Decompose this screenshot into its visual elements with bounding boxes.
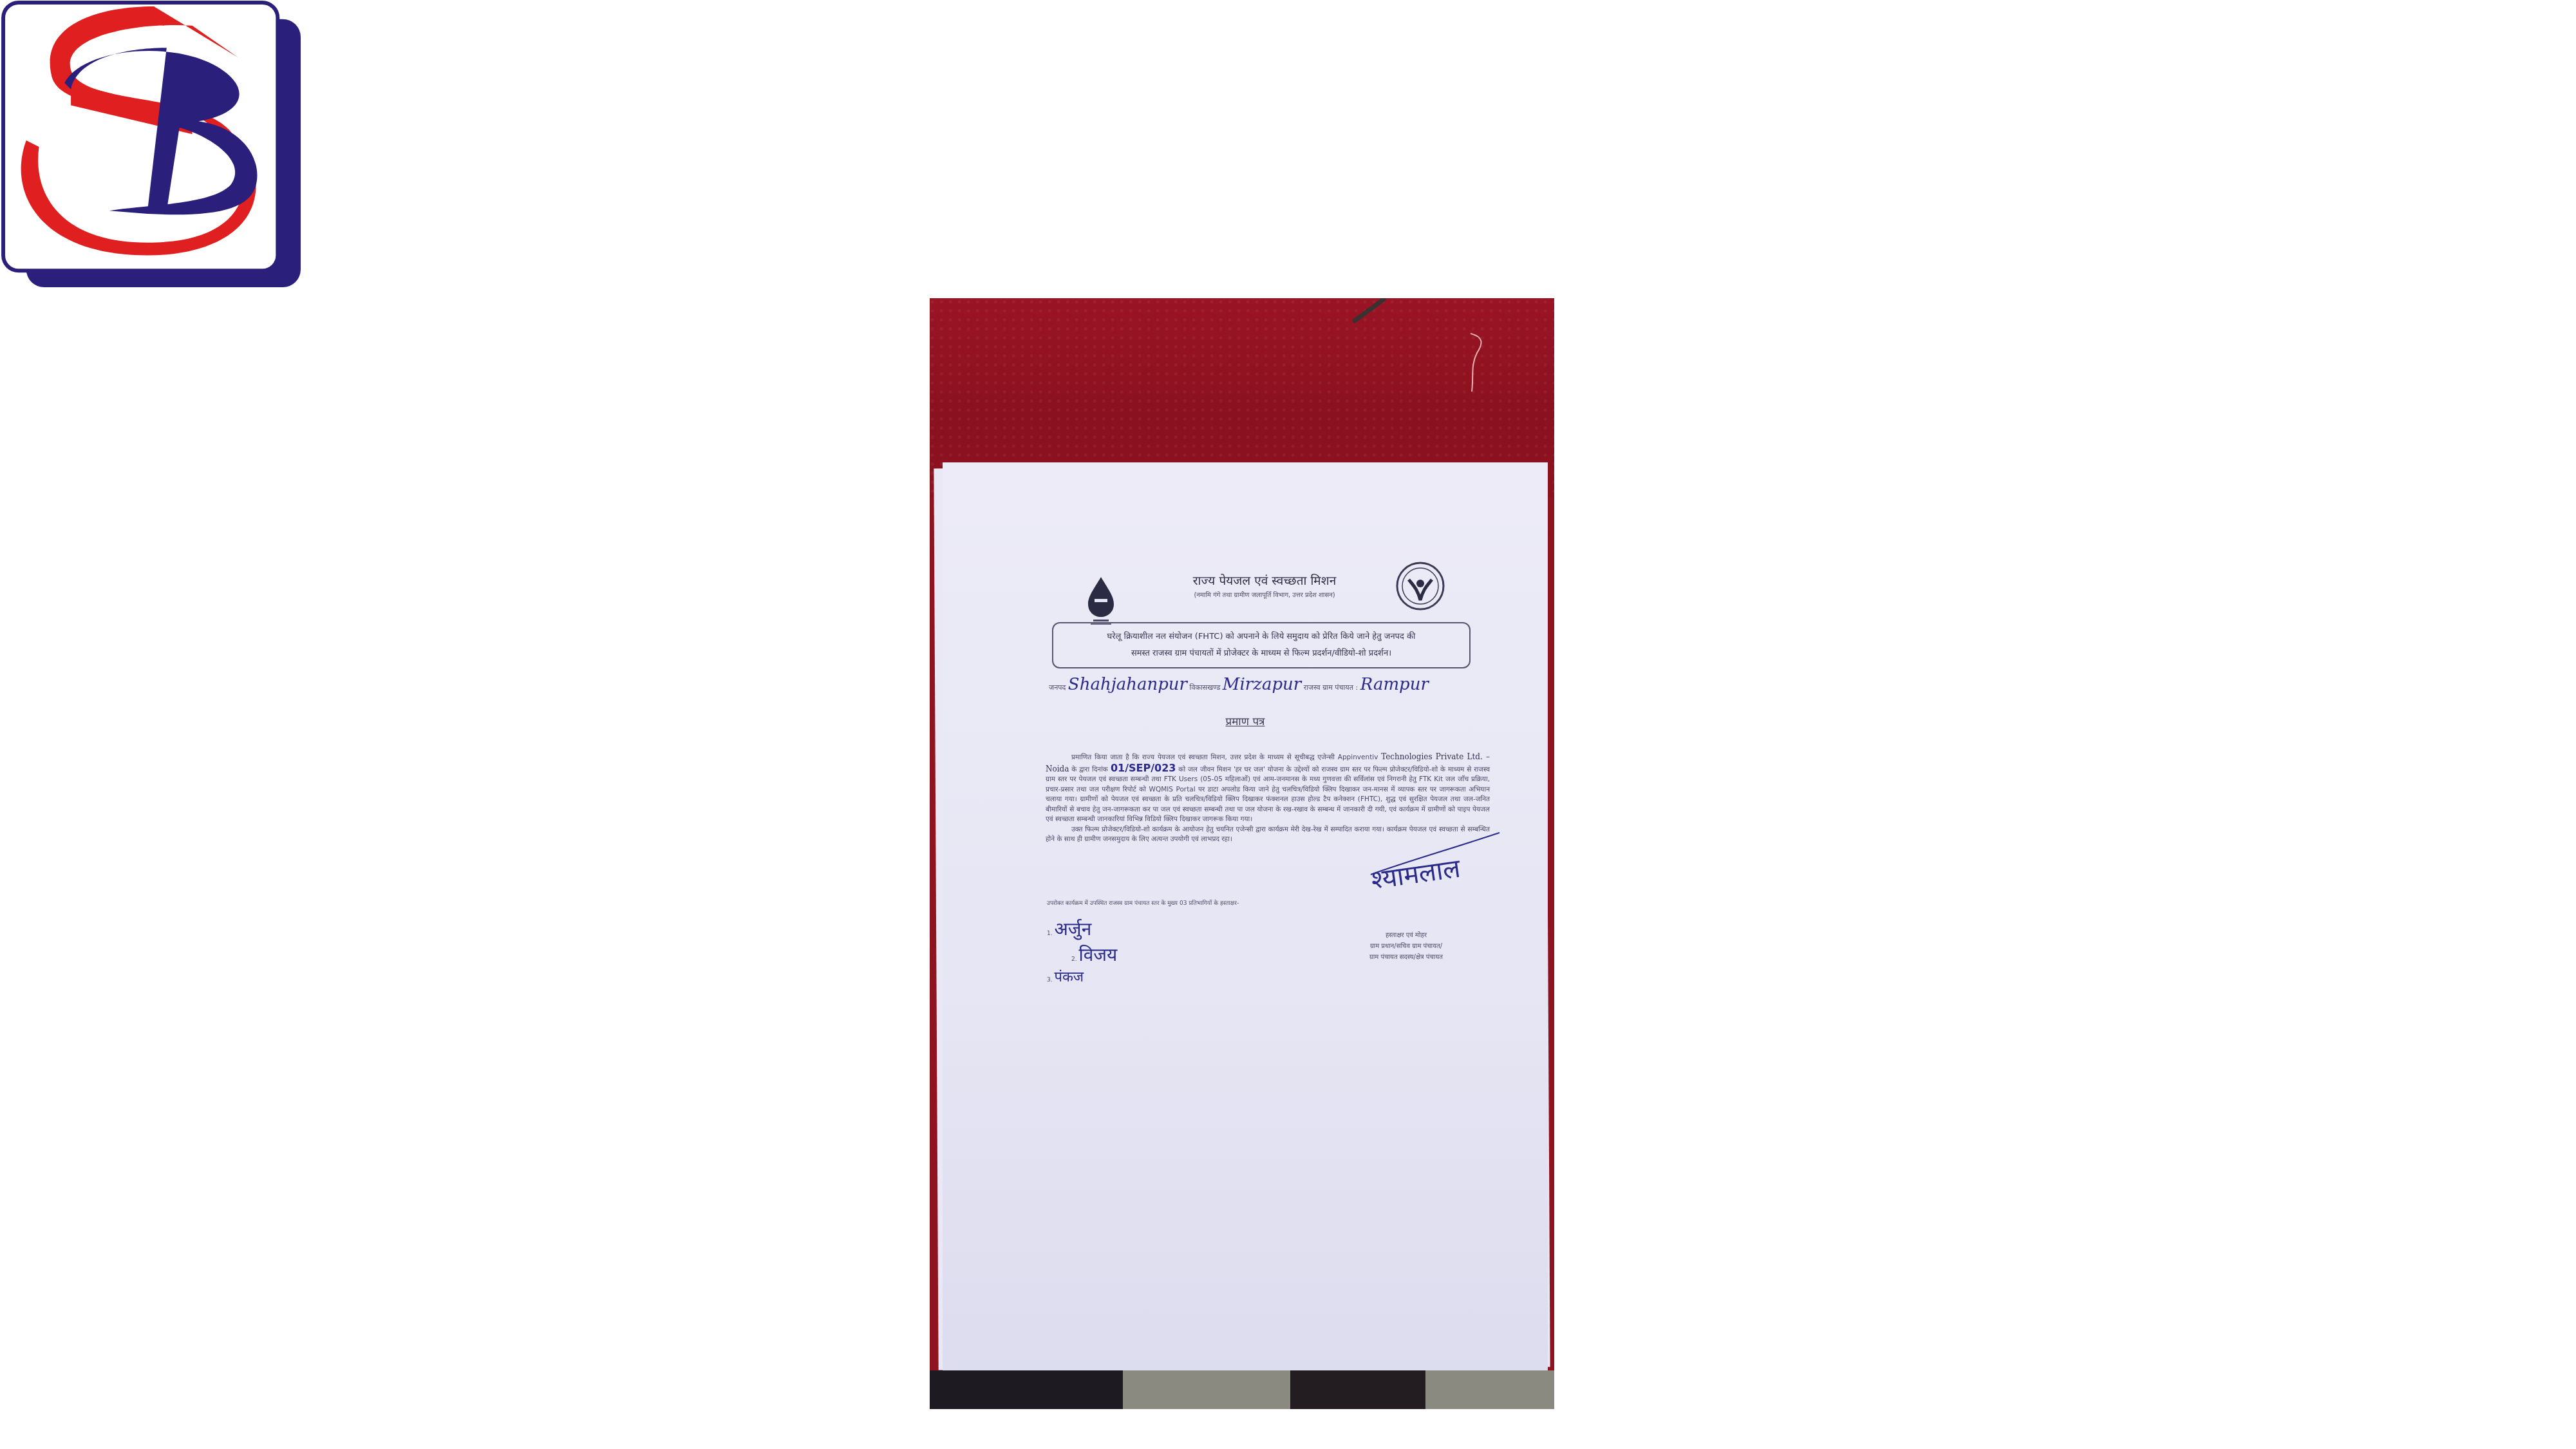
participant-signature: अर्जुन xyxy=(1054,918,1091,940)
vikaskhand-label: विकासखण्ड xyxy=(1190,683,1221,692)
participant-1: 1. अर्जुन xyxy=(1047,916,1240,941)
janpad-label: जनपद xyxy=(1049,683,1066,692)
participant-signature: विजय xyxy=(1078,944,1117,965)
stamp-block: हस्ताक्षर एवं मोहर ग्राम प्रधान/सचिव ग्र… xyxy=(1329,930,1483,963)
sb-logo xyxy=(0,0,308,294)
boxed-heading: घरेलू क्रियाशील नल संयोजन (FHTC) को अपना… xyxy=(1052,622,1471,668)
certificate-sheet: राज्य पेयजल एवं स्वच्छता मिशन (नमामि गंग… xyxy=(943,462,1548,1377)
stamp-line-3: ग्राम पंचायत सदस्य/क्षेत्र पंचायत xyxy=(1329,952,1483,963)
sb-logo-icon xyxy=(0,0,308,294)
boxed-heading-line-1: घरेलू क्रियाशील नल संयोजन (FHTC) को अपना… xyxy=(1053,629,1469,645)
water-drop-emblem-icon xyxy=(1082,574,1120,626)
participant-signature: पंकज xyxy=(1054,969,1084,985)
pen-icon xyxy=(1348,298,1387,324)
gram-panchayat-label: राजस्व ग्राम पंचायत : xyxy=(1304,683,1358,692)
vikaskhand-value: Mirzapur xyxy=(1223,675,1301,694)
body-paragraph-1-start: प्रमाणित किया जाता है कि राज्य पेयजल एवं… xyxy=(1071,753,1378,761)
gram-panchayat-value: Rampur xyxy=(1360,675,1429,694)
body-paragraph-1: प्रमाणित किया जाता है कि राज्य पेयजल एवं… xyxy=(1046,752,1490,825)
date-prefix: के द्वारा दिनांक xyxy=(1071,766,1108,773)
document-title: राज्य पेयजल एवं स्वच्छता मिशन xyxy=(1136,572,1393,589)
shoe xyxy=(930,1370,1123,1409)
participants-note: उपरोक्त कार्यक्रम में उपस्थित राजस्व ग्र… xyxy=(1047,898,1304,907)
certificate-title: प्रमाण पत्र xyxy=(943,714,1548,728)
document-subtitle: (नमामि गंगे तथा ग्रामीण जलापूर्ति विभाग,… xyxy=(1123,590,1406,599)
floor-strip xyxy=(930,1370,1554,1409)
handwritten-date: 01/SEP/023 xyxy=(1111,762,1176,774)
participant-number: 2. xyxy=(1071,956,1077,963)
boxed-heading-line-2: समस्त राजस्व ग्राम पंचायतों में प्रोजेक्… xyxy=(1053,645,1469,662)
participant-number: 3. xyxy=(1047,977,1053,983)
location-row: जनपद Shahjahanpur विकासखण्ड Mirzapur राज… xyxy=(1049,675,1500,694)
janpad-value: Shahjahanpur xyxy=(1068,675,1187,694)
thread-icon xyxy=(1464,330,1490,395)
participant-3: 3. पंकज xyxy=(1047,967,1240,986)
document-photo: राज्य पेयजल एवं स्वच्छता मिशन (नमामि गंग… xyxy=(930,298,1554,1409)
participant-number: 1. xyxy=(1047,931,1053,937)
stamp-line-1: हस्ताक्षर एवं मोहर xyxy=(1329,930,1483,941)
up-government-seal-icon xyxy=(1395,560,1446,612)
stamp-line-2: ग्राम प्रधान/सचिव ग्राम पंचायत/ xyxy=(1329,941,1483,952)
shoe xyxy=(1290,1370,1425,1409)
participant-2: 2. विजय xyxy=(1071,942,1264,967)
